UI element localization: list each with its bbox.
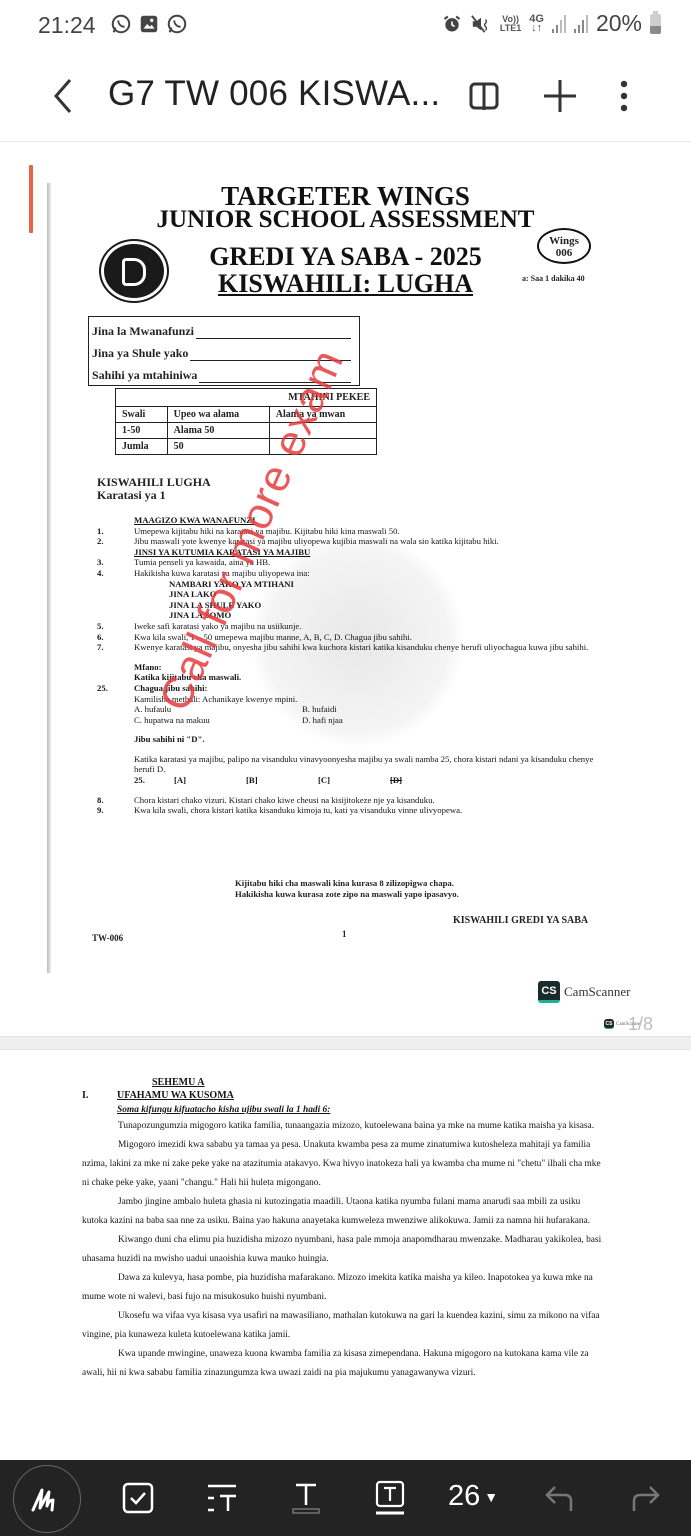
underline-text-icon xyxy=(289,1481,323,1515)
exam-duration: a: Saa 1 dakika 40 xyxy=(522,274,585,283)
page-separator xyxy=(0,1036,691,1050)
book-icon xyxy=(466,80,502,114)
strikethrough-text-tool-button[interactable] xyxy=(203,1478,243,1518)
camscanner-mark: CS CamScanner xyxy=(538,981,630,1003)
scan-edge xyxy=(47,183,51,973)
redo-button[interactable] xyxy=(625,1478,665,1518)
document-title: G7 TW 006 KISWA... xyxy=(108,74,440,114)
caret-down-icon: ▼ xyxy=(484,1489,498,1505)
4g-data-icon: 4G↓↑ xyxy=(529,15,544,33)
instructions: MAAGIZO KWA WANAFUNZI 1.Umepewa kijitabu… xyxy=(97,515,607,816)
paragraph: Migogoro imezidi kwa sababu ya tamaa ya … xyxy=(82,1136,602,1193)
font-size-dropdown[interactable]: 26▼ xyxy=(448,1480,498,1513)
checkbox-tool-button[interactable] xyxy=(118,1478,158,1518)
paragraph: Ukosefu wa vifaa vya kisasa vya usafiri … xyxy=(82,1307,602,1345)
status-time: 21:24 xyxy=(38,12,96,39)
notification-icons xyxy=(110,13,188,35)
paragraph: Tunapozungumzia migogoro katika familia,… xyxy=(82,1117,602,1136)
checkbox-icon xyxy=(122,1482,154,1514)
add-button[interactable] xyxy=(540,76,580,116)
paragraph: Kiwango duni cha elimu pia huzidisha miz… xyxy=(82,1231,602,1269)
passage-instruction: Soma kifungu kifuatacho kisha ujibu swal… xyxy=(82,1103,602,1117)
volte-icon: Vo))LTE1 xyxy=(500,15,521,33)
battery-icon xyxy=(650,14,661,34)
mute-vibrate-icon xyxy=(470,14,492,34)
page-indicator: 1/8 xyxy=(628,1014,653,1035)
paragraph: Dawa za kulevya, hasa pombe, pia huzidis… xyxy=(82,1269,602,1307)
undo-icon xyxy=(543,1483,577,1513)
paragraph: Jambo jingine ambalo huleta ghasia ni ku… xyxy=(82,1193,602,1231)
footer-code: TW-006 xyxy=(92,933,123,943)
handwriting-tool-button[interactable] xyxy=(13,1465,81,1533)
header-line-2: JUNIOR SCHOOL ASSESSMENT xyxy=(0,206,691,234)
plus-icon xyxy=(540,76,580,116)
pdf-page-1: TARGETER WINGS JUNIOR SCHOOL ASSESSMENT … xyxy=(0,143,691,1035)
subject-heading: KISWAHILI LUGHA Karatasi ya 1 xyxy=(97,476,211,502)
app-bar: G7 TW 006 KISWA... xyxy=(0,52,691,142)
back-button[interactable] xyxy=(46,74,82,118)
underline-text-tool-button[interactable] xyxy=(286,1478,326,1518)
page-count-note: Kijitabu hiki cha maswali kina kurasa 8 … xyxy=(235,878,459,900)
text-box-tool-button[interactable] xyxy=(370,1478,410,1518)
chevron-left-icon xyxy=(46,74,82,118)
paragraph: Kwa upande mwingine, unaweza kuona kwamb… xyxy=(82,1345,602,1383)
document-viewer[interactable]: TARGETER WINGS JUNIOR SCHOOL ASSESSMENT … xyxy=(0,143,691,1460)
camscanner-logo-icon: CS xyxy=(538,981,560,1003)
pdf-page-2: SEHEMU A I.UFAHAMU WA KUSOMA Soma kifung… xyxy=(0,1051,691,1460)
wings-badge: Wings 006 xyxy=(537,228,591,264)
section-heading: SEHEMU A xyxy=(82,1076,602,1089)
reading-mode-button[interactable] xyxy=(466,80,502,114)
signal-sim1-icon xyxy=(552,15,566,33)
student-details-box: Jina la Mwanafunzi Jina ya Shule yako Sa… xyxy=(88,316,360,386)
camscanner-logo-icon: CS xyxy=(604,1019,614,1029)
school-logo xyxy=(101,241,167,301)
gallery-icon xyxy=(138,13,160,35)
status-bar: 21:24 Vo))LTE1 4G↓↑ 20% xyxy=(0,0,691,52)
question-heading: I.UFAHAMU WA KUSOMA xyxy=(82,1089,602,1103)
footer-page-number: 1 xyxy=(342,929,347,939)
text-box-icon xyxy=(373,1480,407,1516)
more-options-button[interactable] xyxy=(612,76,636,116)
battery-percent: 20% xyxy=(596,10,642,37)
footer-subject: KISWAHILI GREDI YA SABA xyxy=(453,915,588,926)
handwriting-icon xyxy=(30,1484,64,1514)
undo-button[interactable] xyxy=(540,1478,580,1518)
annotation-toolbar: 26▼ xyxy=(0,1460,691,1536)
alarm-icon xyxy=(442,14,462,34)
system-status-icons: Vo))LTE1 4G↓↑ 20% xyxy=(442,10,661,37)
score-table: MTAHINI PEKEE SwaliUpeo wa alamaAlama ya… xyxy=(115,388,377,455)
strikethrough-text-icon xyxy=(206,1483,240,1513)
reading-passage: SEHEMU A I.UFAHAMU WA KUSOMA Soma kifung… xyxy=(82,1076,602,1383)
signal-sim2-icon xyxy=(574,15,588,33)
more-vertical-icon xyxy=(612,76,636,116)
redo-icon xyxy=(628,1483,662,1513)
whatsapp-icon xyxy=(166,13,188,35)
whatsapp-icon xyxy=(110,13,132,35)
